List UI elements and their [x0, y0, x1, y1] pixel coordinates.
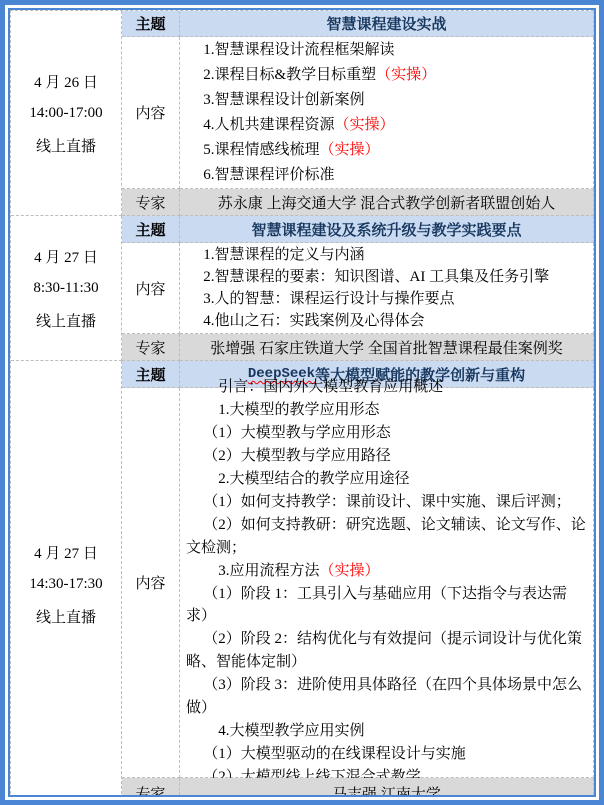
- content-line-text: （2）如何支持教研：研究选题、论文辅读、论文写作、论文检测；: [186, 517, 586, 556]
- session-title-text: 智慧课程建设实战: [326, 13, 446, 34]
- content-label: 内容: [122, 388, 180, 778]
- content-label: 内容: [122, 37, 180, 189]
- content-line: 4.大模型教学应用实例: [186, 720, 587, 743]
- content-line-text: 4.他山之石：实践案例及心得体会: [203, 313, 424, 329]
- content-line: 2.课程目标&教学目标重塑（实操）: [186, 63, 587, 88]
- content-line-text: 4.人机共建课程资源: [203, 117, 334, 133]
- session-date-cell: 4 月 27 日14:30-17:30线上直播: [11, 361, 122, 797]
- document-page: 4 月 26 日14:00-17:00线上直播主题智慧课程建设实战内容1.智慧课…: [0, 0, 604, 805]
- content-line-text: 2.大模型结合的教学应用途径: [218, 471, 409, 487]
- content-line-text: 1.智慧课程设计流程框架解读: [203, 42, 394, 58]
- content-line-text: （2）阶段 2：结构优化与有效提问（提示词设计与优化策略、智能体定制）: [186, 631, 582, 670]
- session-content: 1.智慧课程的定义与内涵2.智慧课程的要素：知识图谱、AI 工具集及任务引擎3.…: [180, 243, 594, 334]
- content-line: （1）如何支持教学：课前设计、课中实施、课后评测；: [186, 491, 587, 514]
- content-line: （2）阶段 2：结构优化与有效提问（提示词设计与优化策略、智能体定制）: [186, 628, 587, 674]
- content-line: （1）阶段 1：工具引入与基础应用（下达指令与表达需求）: [186, 583, 587, 629]
- session-date: 4 月 27 日: [34, 542, 98, 563]
- content-line-text: 1.智慧课程的定义与内涵: [203, 247, 364, 263]
- page-border-inner: 4 月 26 日14:00-17:00线上直播主题智慧课程建设实战内容1.智慧课…: [8, 8, 596, 797]
- content-line: 6.智慧课程评价标准: [186, 163, 587, 188]
- content-line-text: 1.大模型的教学应用形态: [218, 402, 379, 418]
- content-line-text: 4.大模型教学应用实例: [218, 723, 364, 739]
- session-expert: 苏永康 上海交通大学 混合式教学创新者联盟创始人: [180, 189, 594, 216]
- content-line-text: （1）阶段 1：工具引入与基础应用（下达指令与表达需求）: [186, 586, 567, 625]
- session-time: 14:00-17:00: [29, 105, 102, 122]
- content-line: 4.人机共建课程资源（实操）: [186, 113, 587, 138]
- hands-on-tag: （实操）: [335, 117, 395, 133]
- content-line: 1.大模型的教学应用形态: [186, 399, 587, 422]
- session-content: 引言：国内外大模型教育应用概述1.大模型的教学应用形态（1）大模型教与学应用形态…: [180, 388, 594, 778]
- content-line: （3）阶段 3：进阶使用具体路径（在四个具体场景中怎么做）: [186, 674, 587, 720]
- session-title-text: 智慧课程建设及系统升级与教学实践要点: [251, 219, 521, 240]
- expert-label: 专家: [122, 334, 180, 361]
- content-line: 1.智慧课程设计流程框架解读: [186, 38, 587, 63]
- topic-label: 主题: [122, 216, 180, 243]
- content-line: 3.智慧课程设计创新案例: [186, 88, 587, 113]
- course-agenda-table: 4 月 26 日14:00-17:00线上直播主题智慧课程建设实战内容1.智慧课…: [10, 10, 594, 797]
- content-line: 2.大模型结合的教学应用途径: [186, 468, 587, 491]
- content-line-text: 2.课程目标&教学目标重塑: [203, 67, 376, 83]
- session-title: 智慧课程建设实战: [180, 11, 594, 37]
- expert-label: 专家: [122, 189, 180, 216]
- content-line-text: （3）阶段 3：进阶使用具体路径（在四个具体场景中怎么做）: [186, 677, 582, 716]
- session-mode: 线上直播: [36, 310, 96, 331]
- content-line: （2）大模型教与学应用路径: [186, 445, 587, 468]
- content-line: （2）如何支持教研：研究选题、论文辅读、论文写作、论文检测；: [186, 514, 587, 560]
- hands-on-tag: （实操）: [376, 67, 436, 83]
- content-line: （1）大模型教与学应用形态: [186, 422, 587, 445]
- content-line-text: 3.应用流程方法: [218, 563, 319, 579]
- content-line: 3.应用流程方法（实操）: [186, 560, 587, 583]
- hands-on-tag: （实操）: [320, 142, 380, 158]
- session-expert: 张增强 石家庄铁道大学 全国首批智慧课程最佳案例奖: [180, 334, 594, 361]
- content-line: 5.课程情感线梳理（实操）: [186, 138, 587, 163]
- content-line-text: （1）如何支持教学：课前设计、课中实施、课后评测；: [203, 494, 571, 510]
- content-line-text: 5.课程情感线梳理: [203, 142, 319, 158]
- content-line-text: 引言：国内外大模型教育应用概述: [218, 379, 443, 395]
- content-line: 1.智慧课程的定义与内涵: [186, 244, 587, 266]
- session-title: 智慧课程建设及系统升级与教学实践要点: [180, 216, 594, 243]
- session-mode: 线上直播: [36, 135, 96, 156]
- content-line-text: （1）大模型驱动的在线课程设计与实施: [203, 746, 466, 762]
- content-label: 内容: [122, 243, 180, 334]
- session-time: 8:30-11:30: [33, 280, 98, 297]
- session-section: 4 月 27 日14:30-17:30线上直播主题DeepSeek 等大模型赋能…: [11, 361, 594, 797]
- content-line-text: （2）大模型教与学应用路径: [203, 448, 391, 464]
- content-line-text: （1）大模型教与学应用形态: [203, 425, 391, 441]
- content-line-text: 3.智慧课程设计创新案例: [203, 92, 364, 108]
- session-content: 1.智慧课程设计流程框架解读2.课程目标&教学目标重塑（实操）3.智慧课程设计创…: [180, 37, 594, 189]
- session-date-cell: 4 月 27 日8:30-11:30线上直播: [11, 216, 122, 361]
- topic-label: 主题: [122, 11, 180, 37]
- topic-label: 主题: [122, 361, 180, 388]
- content-line: 2.智慧课程的要素：知识图谱、AI 工具集及任务引擎: [186, 266, 587, 288]
- content-line-text: 2.智慧课程的要素：知识图谱、AI 工具集及任务引擎: [203, 269, 549, 285]
- content-line: 引言：国内外大模型教育应用概述: [186, 376, 587, 399]
- content-line-text: 3.人的智慧：课程运行设计与操作要点: [203, 291, 454, 307]
- content-line: 3.人的智慧：课程运行设计与操作要点: [186, 288, 587, 310]
- session-date-cell: 4 月 26 日14:00-17:00线上直播: [11, 11, 122, 216]
- content-line-text: 6.智慧课程评价标准: [203, 167, 334, 183]
- session-date: 4 月 26 日: [34, 71, 98, 92]
- session-expert: 马志强 江南大学: [180, 778, 594, 797]
- expert-label: 专家: [122, 778, 180, 797]
- hands-on-tag: （实操）: [320, 563, 380, 579]
- content-line: （1）大模型驱动的在线课程设计与实施: [186, 743, 587, 766]
- content-line: 4.他山之石：实践案例及心得体会: [186, 310, 587, 332]
- session-date: 4 月 27 日: [34, 246, 98, 267]
- session-time: 14:30-17:30: [29, 576, 102, 593]
- session-section: 4 月 27 日8:30-11:30线上直播主题智慧课程建设及系统升级与教学实践…: [11, 216, 594, 361]
- session-section: 4 月 26 日14:00-17:00线上直播主题智慧课程建设实战内容1.智慧课…: [11, 11, 594, 216]
- session-mode: 线上直播: [36, 606, 96, 627]
